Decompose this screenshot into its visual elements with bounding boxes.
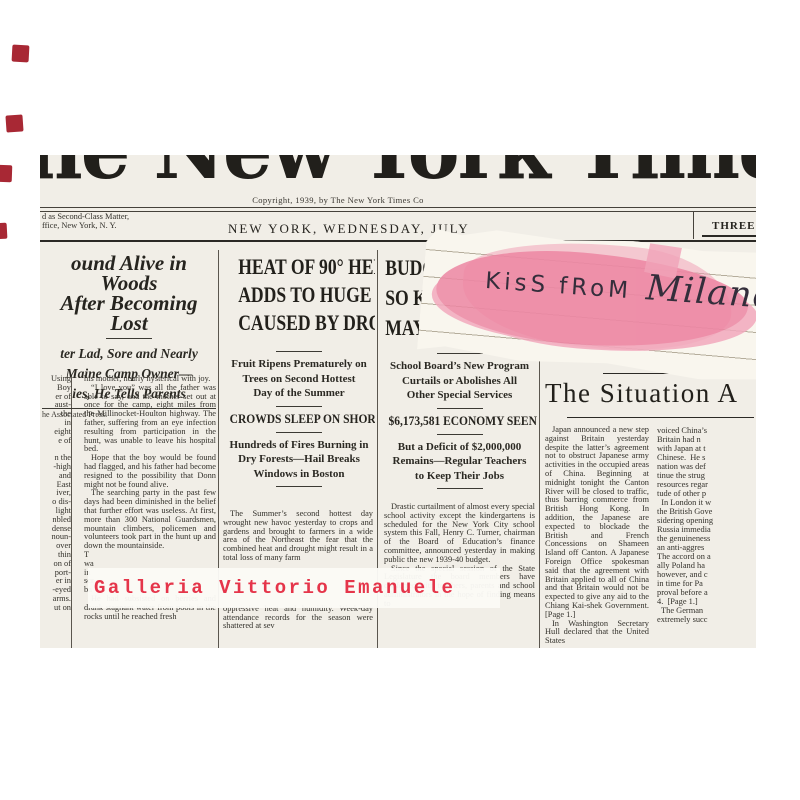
rule <box>437 488 483 489</box>
rule <box>437 353 483 354</box>
paragraph: “I love you” was all the father was able… <box>84 384 216 454</box>
cut-column-fragments: voiced China’s Britain had n with Japan … <box>657 426 756 624</box>
paragraph: Drastic curtailment of almost every spec… <box>384 503 535 565</box>
budget-crosshead: $6,173,581 ECONOMY SEEN <box>382 414 537 429</box>
paragraph: The searching party in the past few days… <box>84 489 216 551</box>
price-label: THREE <box>712 220 756 232</box>
caption-strip: Galleria Vittorio Emanuele <box>88 568 500 608</box>
masthead: The New York Times. <box>40 155 756 199</box>
page-background: The New York Times. Copyright, 1939, by … <box>0 0 800 800</box>
budget-deck-1: School Board’s New Program Curtails or A… <box>382 359 537 403</box>
lost-boy-headline: ound Alive in Woods After Becoming Lost <box>42 253 216 333</box>
rule <box>567 417 754 418</box>
paragraph: The Summer’s second hottest day wrought … <box>223 510 373 563</box>
paragraph: Japan announced a new step against Brita… <box>545 426 649 620</box>
situation-headline: The Situation A <box>545 378 756 408</box>
kiss-note-word: fRoM <box>558 273 633 304</box>
entered-as-second-class: d as Second-Class Matter, ffice, New Yor… <box>42 213 129 231</box>
rule <box>276 486 322 487</box>
paragraph: oppressive heat and humidity. Week-day a… <box>223 605 373 631</box>
rule <box>437 408 483 409</box>
rule <box>437 434 483 435</box>
heat-headline: HEAT OF 90° HERE ADDS TO HUGE LOSS CAUSE… <box>223 253 375 337</box>
cut-column-fragments: Using Boy er of aust- the in eight e of … <box>42 375 71 648</box>
rule <box>702 235 756 237</box>
paragraph: In Washington Secretary Hull declared th… <box>545 620 649 646</box>
rule <box>40 240 756 242</box>
headline-line: CAUSED BY DROUGHT <box>238 309 360 337</box>
red-edge-mark <box>0 223 7 240</box>
rule <box>106 338 152 339</box>
heat-crosshead: CROWDS SLEEP ON SHORE <box>223 412 375 427</box>
paragraph: Hope that the boy would be found had fla… <box>84 454 216 489</box>
masthead-title: The New York Times. <box>40 155 756 192</box>
headline-line: HEAT OF 90° HERE <box>238 253 360 281</box>
kiss-note-word: KisS <box>484 268 550 298</box>
headline-line: ADDS TO HUGE LOSS <box>238 281 360 309</box>
situation-right-column: voiced China’s Britain had n with Japan … <box>649 426 756 648</box>
budget-deck-2: But a Deficit of $2,000,000 Remains—Regu… <box>382 440 537 484</box>
rule <box>276 432 322 433</box>
rule <box>693 212 694 239</box>
heat-deck-2: Hundreds of Fires Burning in Dry Forests… <box>223 438 375 482</box>
red-edge-mark <box>0 165 12 183</box>
red-edge-mark <box>5 114 23 132</box>
situation-left-column: Japan announced a new step against Brita… <box>545 426 649 648</box>
copyright-line: Copyright, 1939, by The New York Times C… <box>40 195 636 205</box>
rule <box>276 406 322 407</box>
red-edge-mark <box>12 45 30 63</box>
rule <box>276 351 322 352</box>
heat-deck-1: Fruit Ripens Prematurely on Trees on Sec… <box>223 357 375 401</box>
rule <box>40 207 756 208</box>
newspaper-scan: The New York Times. Copyright, 1939, by … <box>40 155 756 648</box>
galleria-caption: Galleria Vittorio Emanuele <box>88 568 500 608</box>
rule <box>40 211 756 212</box>
